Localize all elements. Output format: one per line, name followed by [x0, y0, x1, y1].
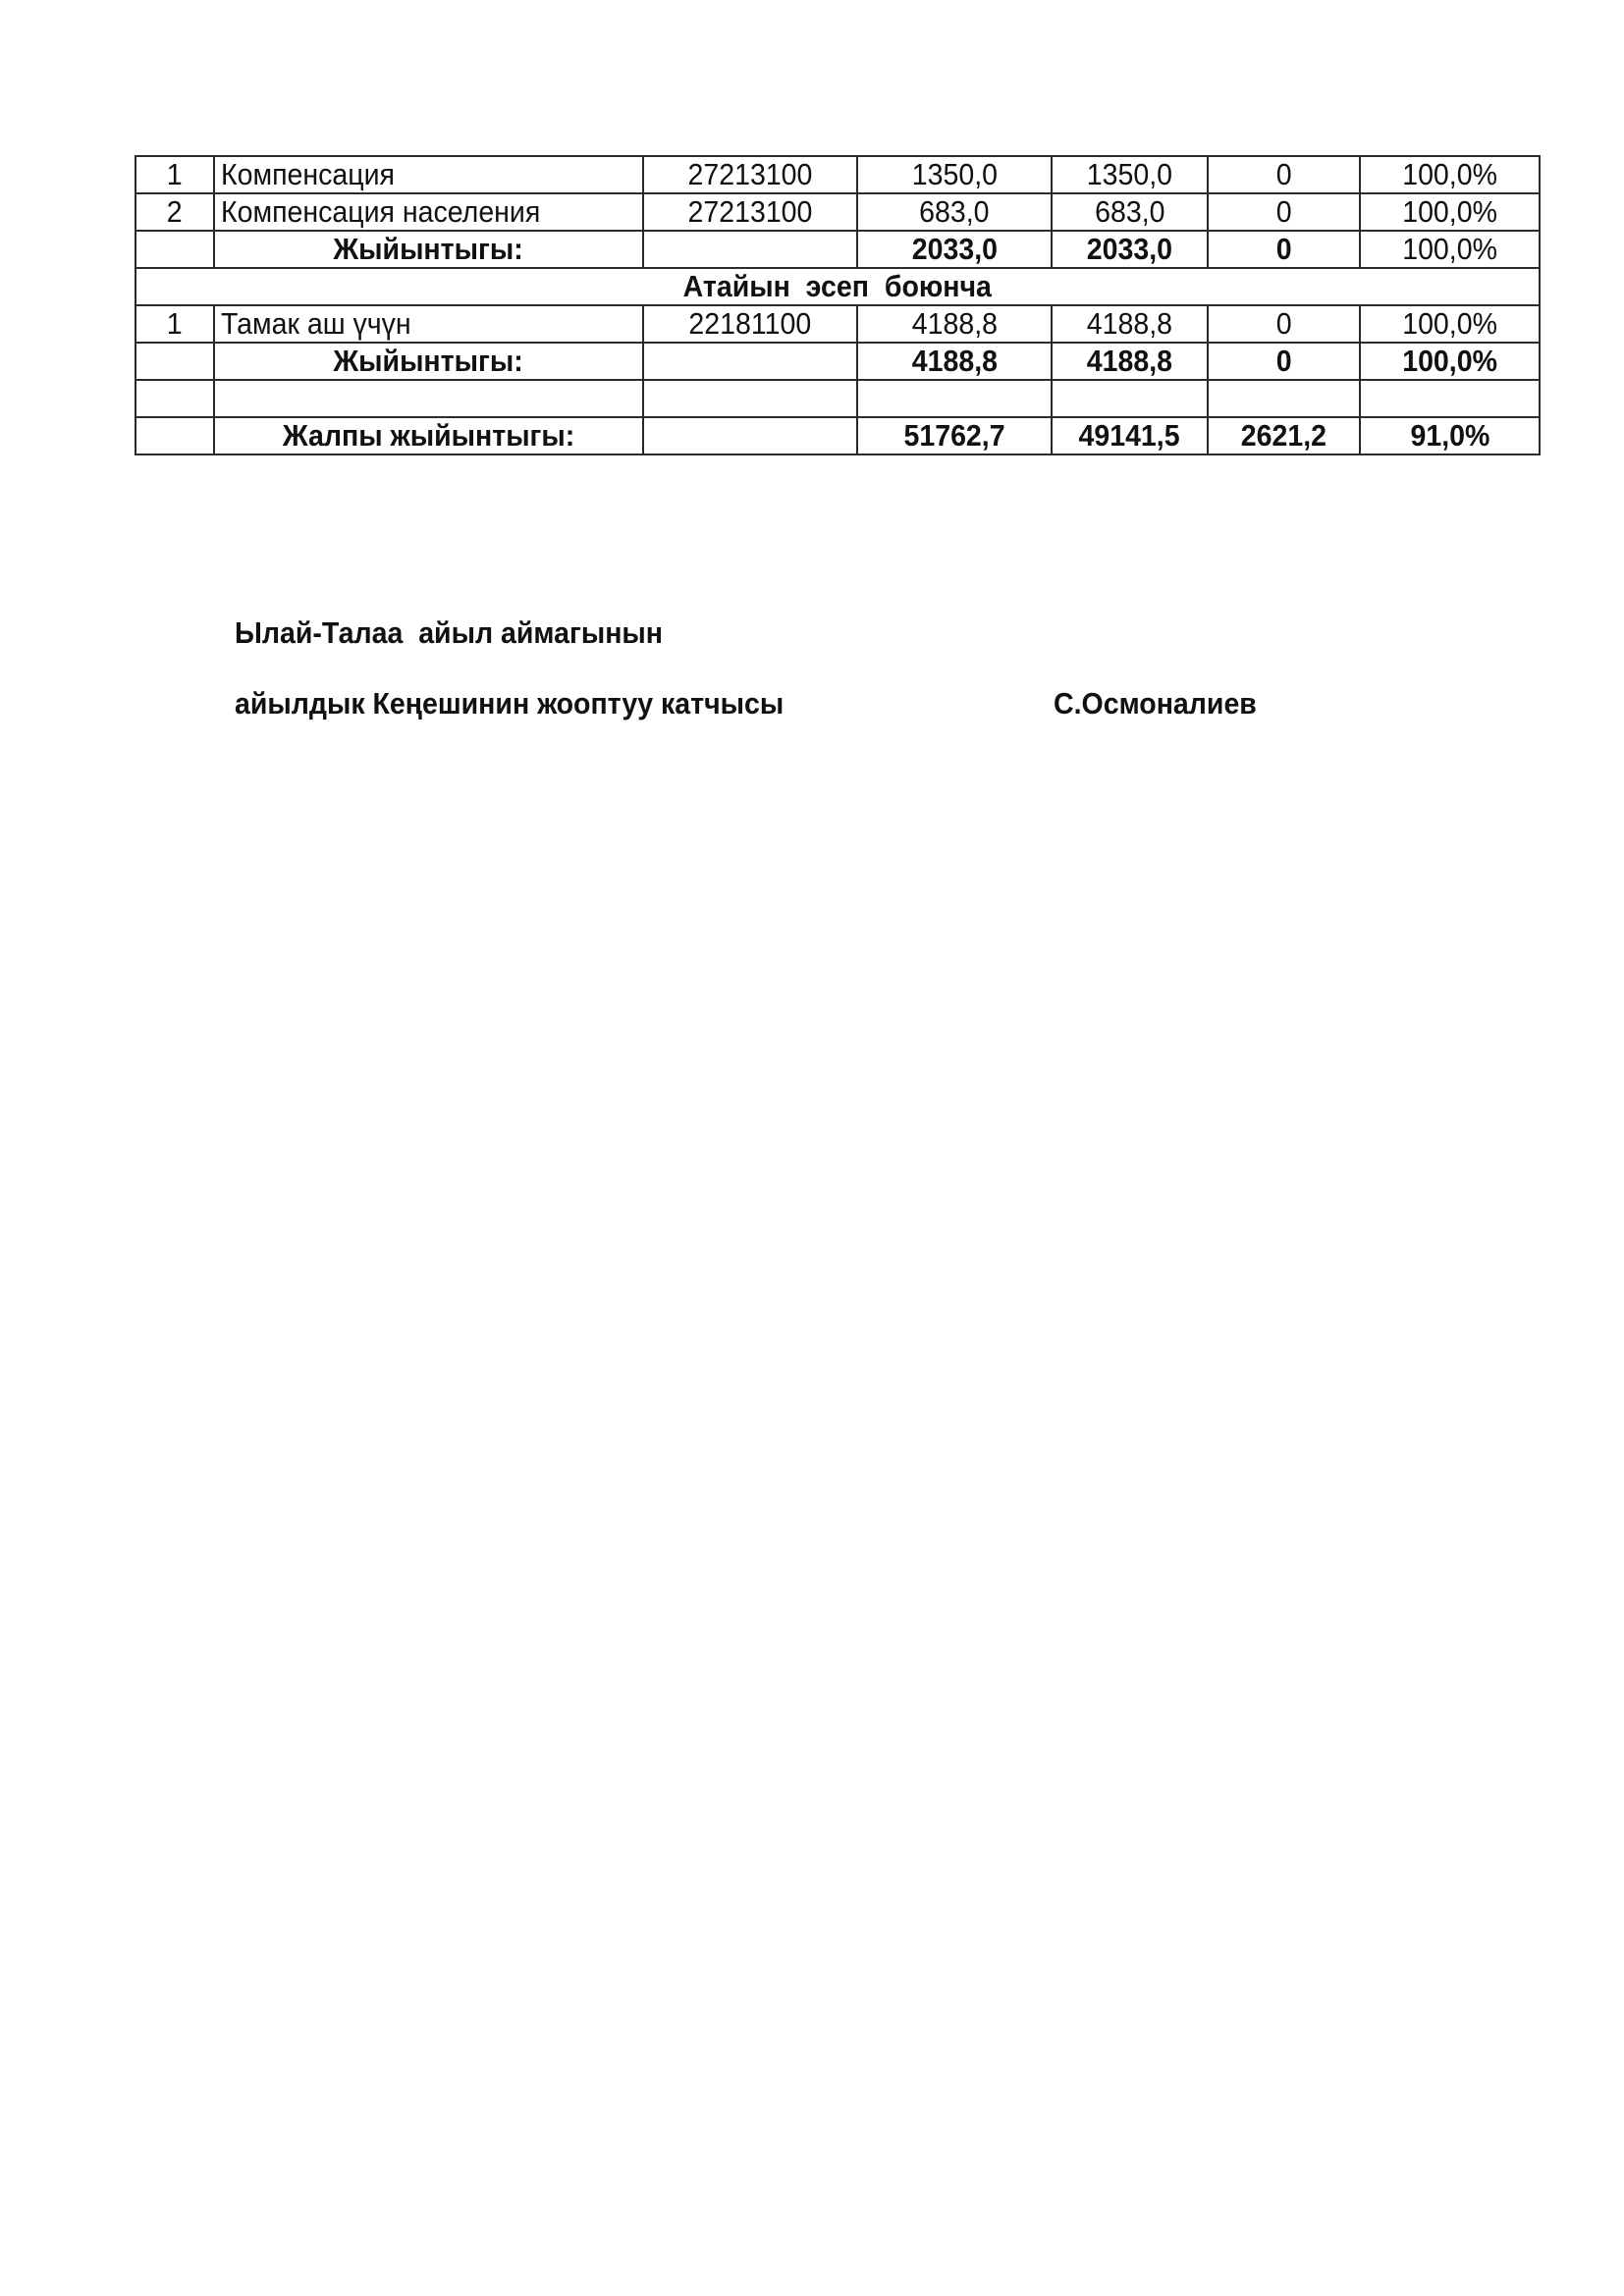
difference-value: 0	[1208, 156, 1360, 193]
difference-value: 0	[1208, 343, 1360, 380]
item-code: 27213100	[643, 193, 857, 231]
plan-value: 4188,8	[857, 343, 1052, 380]
difference-value: 0	[1208, 305, 1360, 343]
signature-organization: Ылай-Талаа айыл аймагынын	[235, 615, 700, 651]
table-row: 1 Компенсация 27213100 1350,0 1350,0 0 1…	[135, 156, 1540, 193]
table-row: 2 Компенсация населения 27213100 683,0 6…	[135, 193, 1540, 231]
row-number	[135, 231, 214, 268]
grand-total-label: Жалпы жыйынтыгы:	[214, 417, 643, 454]
item-name: Компенсация населения	[214, 193, 643, 231]
difference-value: 2621,2	[1208, 417, 1360, 454]
plan-value: 2033,0	[857, 231, 1052, 268]
item-code: 22181100	[643, 305, 857, 343]
item-name: Тамак аш үчүн	[214, 305, 643, 343]
item-code	[643, 231, 857, 268]
subtotal-label: Жыйынтыгы:	[214, 343, 643, 380]
actual-value: 2033,0	[1052, 231, 1208, 268]
percent-value: 100,0%	[1360, 305, 1540, 343]
item-code: 27213100	[643, 156, 857, 193]
signature-position: айылдык Кеңешинин жооптуу катчысы	[235, 686, 832, 721]
item-code	[643, 417, 857, 454]
row-number: 1	[135, 156, 214, 193]
plan-value: 1350,0	[857, 156, 1052, 193]
empty-cell	[1052, 380, 1208, 417]
percent-value: 100,0%	[1360, 156, 1540, 193]
item-code	[643, 343, 857, 380]
percent-value: 91,0%	[1360, 417, 1540, 454]
empty-row	[135, 380, 1540, 417]
plan-value: 683,0	[857, 193, 1052, 231]
empty-cell	[135, 380, 214, 417]
empty-cell	[214, 380, 643, 417]
table-row: 1 Тамак аш үчүн 22181100 4188,8 4188,8 0…	[135, 305, 1540, 343]
row-number	[135, 343, 214, 380]
row-number: 2	[135, 193, 214, 231]
actual-value: 4188,8	[1052, 343, 1208, 380]
actual-value: 1350,0	[1052, 156, 1208, 193]
budget-execution-table: 1 Компенсация 27213100 1350,0 1350,0 0 1…	[135, 155, 1541, 455]
difference-value: 0	[1208, 193, 1360, 231]
item-name: Компенсация	[214, 156, 643, 193]
section-title: Атайын эсеп боюнча	[135, 268, 1540, 305]
percent-value: 100,0%	[1360, 193, 1540, 231]
percent-value: 100,0%	[1360, 231, 1540, 268]
empty-cell	[1208, 380, 1360, 417]
actual-value: 4188,8	[1052, 305, 1208, 343]
grand-total-row: Жалпы жыйынтыгы: 51762,7 49141,5 2621,2 …	[135, 417, 1540, 454]
difference-value: 0	[1208, 231, 1360, 268]
subtotal-label: Жыйынтыгы:	[214, 231, 643, 268]
subtotal-row: Жыйынтыгы: 2033,0 2033,0 0 100,0%	[135, 231, 1540, 268]
actual-value: 683,0	[1052, 193, 1208, 231]
actual-value: 49141,5	[1052, 417, 1208, 454]
empty-cell	[643, 380, 857, 417]
empty-cell	[1360, 380, 1540, 417]
plan-value: 51762,7	[857, 417, 1052, 454]
signatory-name: С.Осмоналиев	[1054, 686, 1274, 721]
percent-value: 100,0%	[1360, 343, 1540, 380]
row-number: 1	[135, 305, 214, 343]
empty-cell	[857, 380, 1052, 417]
section-header-row: Атайын эсеп боюнча	[135, 268, 1540, 305]
plan-value: 4188,8	[857, 305, 1052, 343]
subtotal-row: Жыйынтыгы: 4188,8 4188,8 0 100,0%	[135, 343, 1540, 380]
row-number	[135, 417, 214, 454]
